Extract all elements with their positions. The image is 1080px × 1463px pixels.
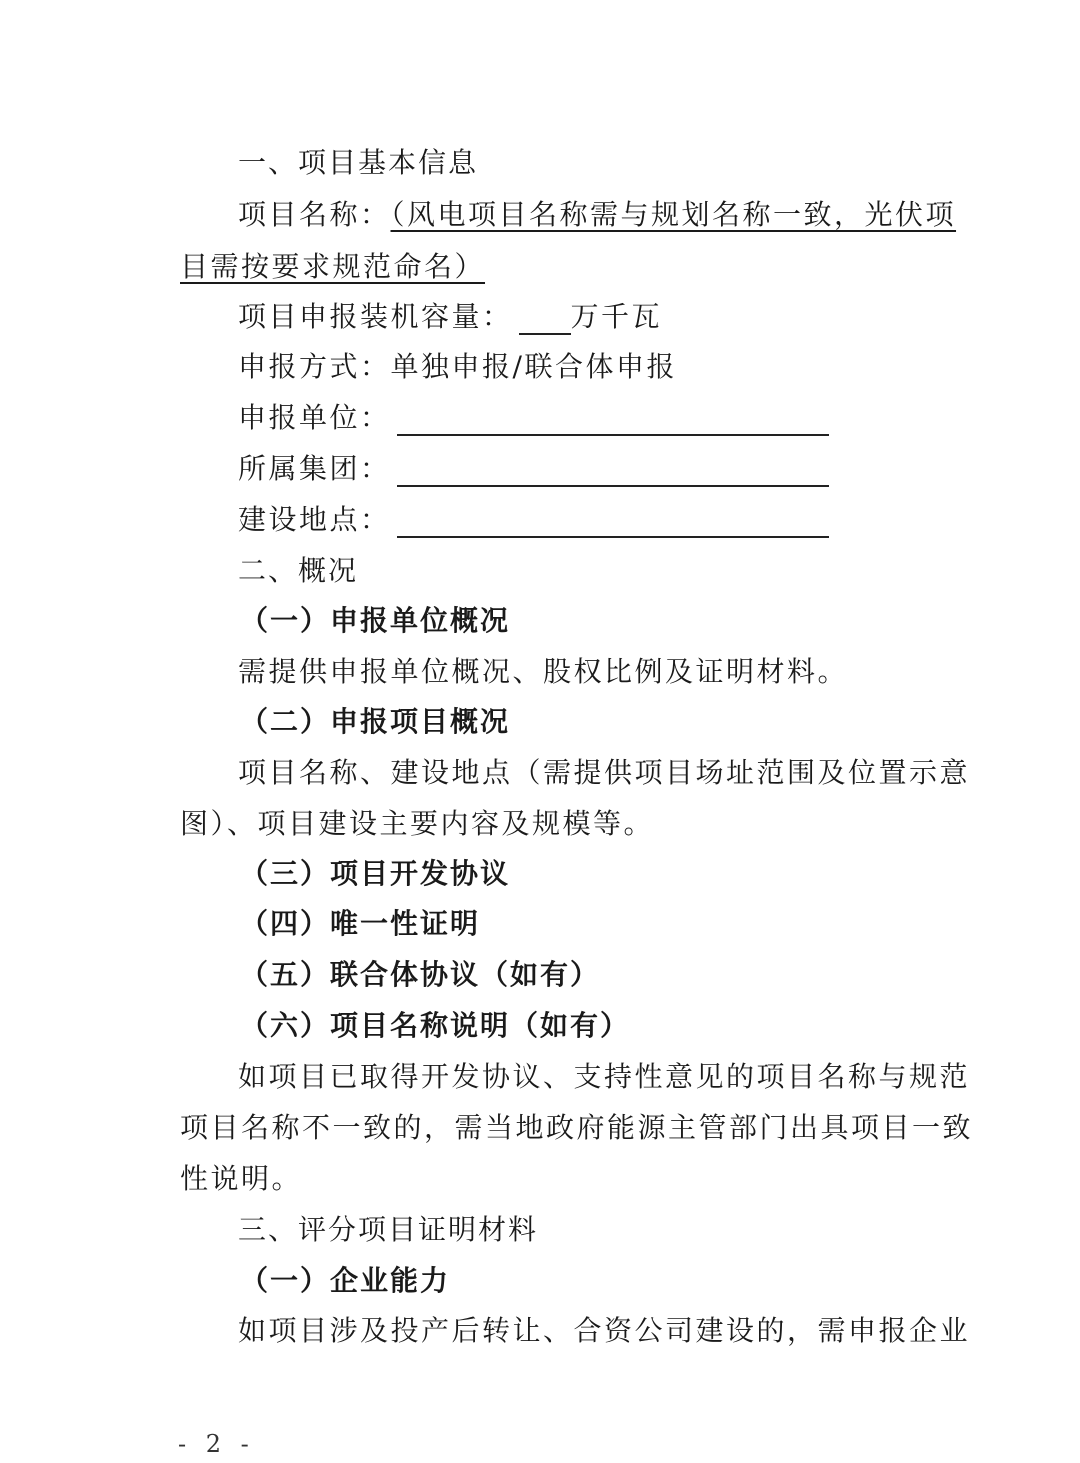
section2-sub6-heading: （六）项目名称说明（如有） (240, 1008, 630, 1044)
section2-sub3-heading: （三）项目开发协议 (240, 856, 510, 892)
project-name-value-cont: 目需按要求规范命名） (180, 249, 485, 285)
method-row: 申报方式：单独申报/联合体申报 (238, 349, 677, 385)
section2-heading: 二、概况 (238, 553, 358, 589)
project-name-label: 项目名称： (238, 198, 391, 231)
project-name-value: （风电项目名称需与规划名称一致，光伏项 (391, 198, 957, 231)
section2-sub6-body-line3: 性说明。 (180, 1161, 302, 1197)
location-blank-field (397, 506, 829, 538)
location-label: 建设地点： (238, 503, 391, 536)
group-row: 所属集团： (238, 451, 829, 487)
page-number: - 2 - (178, 1430, 255, 1458)
unit-label: 申报单位： (238, 401, 391, 434)
section2-sub5-heading: （五）联合体协议（如有） (240, 957, 600, 993)
section2-sub6-body-line1: 如项目已取得开发协议、支持性意见的项目名称与规范 (238, 1059, 970, 1095)
section3-sub1-heading: （一）企业能力 (240, 1263, 450, 1299)
section2-sub4-heading: （四）唯一性证明 (240, 906, 480, 942)
section2-sub2-heading: （二）申报项目概况 (240, 704, 510, 740)
capacity-blank-field (519, 303, 571, 335)
section2-sub6-body-line2: 项目名称不一致的，需当地政府能源主管部门出具项目一致 (180, 1110, 973, 1146)
capacity-row: 项目申报装机容量：万千瓦 (238, 299, 662, 335)
section2-sub1-body: 需提供申报单位概况、股权比例及证明材料。 (238, 654, 848, 690)
section2-sub1-heading: （一）申报单位概况 (240, 603, 510, 639)
method-label: 申报方式： (238, 350, 391, 383)
section1-heading: 一、项目基本信息 (238, 145, 478, 181)
capacity-unit: 万千瓦 (571, 300, 663, 333)
location-row: 建设地点： (238, 502, 829, 538)
unit-blank-field (397, 404, 829, 436)
group-label: 所属集团： (238, 452, 391, 485)
method-value: 单独申报/联合体申报 (391, 350, 677, 383)
unit-row: 申报单位： (238, 400, 829, 436)
capacity-label: 项目申报装机容量： (238, 300, 513, 333)
section2-sub2-body-line1: 项目名称、建设地点（需提供项目场址范围及位置示意 (238, 755, 970, 791)
section3-sub1-body-line1: 如项目涉及投产后转让、合资公司建设的，需申报企业 (238, 1313, 970, 1349)
section2-sub2-body-line2: 图）、项目建设主要内容及规模等。 (180, 806, 654, 842)
group-blank-field (397, 455, 829, 487)
project-name-row: 项目名称：（风电项目名称需与规划名称一致，光伏项 (238, 197, 956, 233)
section3-heading: 三、评分项目证明材料 (238, 1212, 538, 1248)
